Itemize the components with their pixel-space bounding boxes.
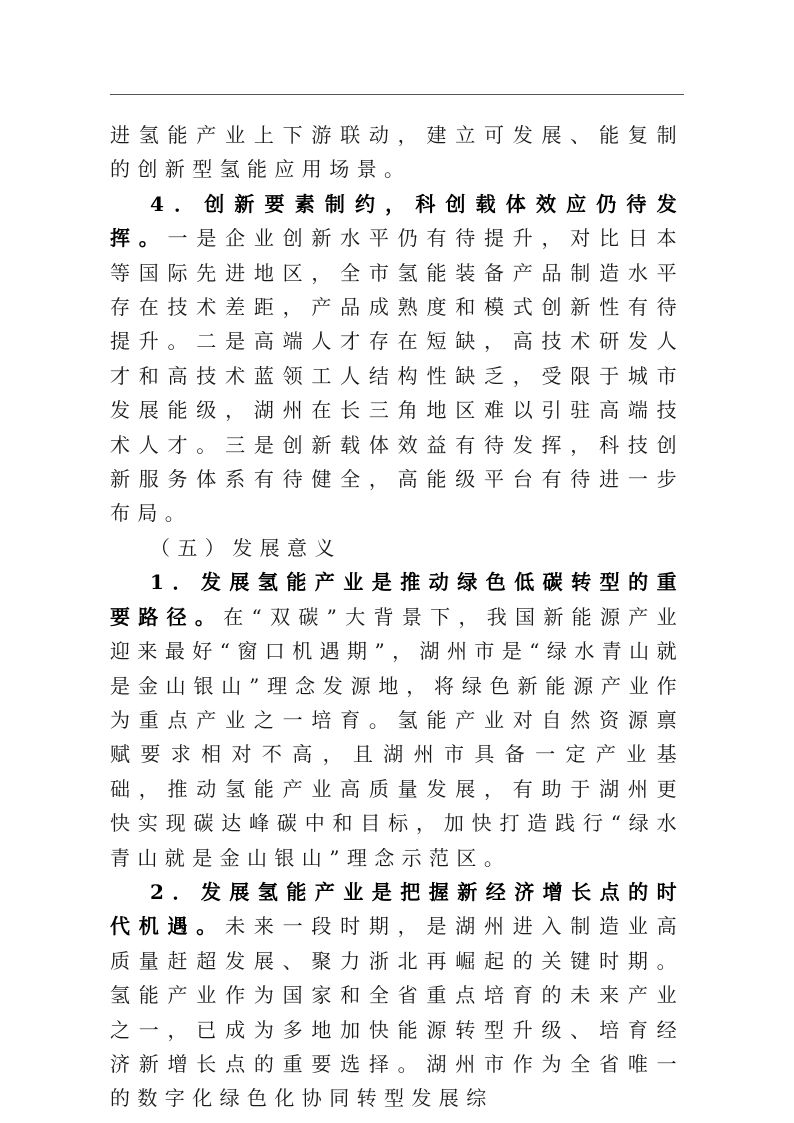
paragraph-text: 在“双碳”大背景下，我国新能源产业迎来最好“窗口机遇期”，湖州市是“绿水青山就是… <box>110 605 684 870</box>
significance-1-paragraph: 1．发展氢能产业是推动绿色低碳转型的重要路径。在“双碳”大背景下，我国新能源产业… <box>110 565 684 875</box>
paragraph-text: 进氢能产业上下游联动，建立可发展、能复制的创新型氢能应用场景。 <box>110 123 684 181</box>
document-page: 进氢能产业上下游联动，建立可发展、能复制的创新型氢能应用场景。 4．创新要素制约… <box>0 0 794 1123</box>
header-rule <box>110 94 684 95</box>
paragraph-text: 未来一段时期，是湖州进入制造业高质量赶超发展、聚力浙北再崛起的关键时期。氢能产业… <box>110 914 684 1110</box>
continuation-paragraph: 进氢能产业上下游联动，建立可发展、能复制的创新型氢能应用场景。 <box>110 118 684 187</box>
section-heading: （五）发展意义 <box>110 531 684 565</box>
paragraph-text: 一是企业创新水平仍有待提升，对比日本等国际先进地区，全市氢能装备产品制造水平存在… <box>110 226 684 525</box>
item-4-paragraph: 4．创新要素制约，科创载体效应仍待发挥。一是企业创新水平仍有待提升，对比日本等国… <box>110 187 684 531</box>
body-text: 进氢能产业上下游联动，建立可发展、能复制的创新型氢能应用场景。 4．创新要素制约… <box>110 118 684 1116</box>
significance-2-paragraph: 2．发展氢能产业是把握新经济增长点的时代机遇。未来一段时期，是湖州进入制造业高质… <box>110 875 684 1116</box>
